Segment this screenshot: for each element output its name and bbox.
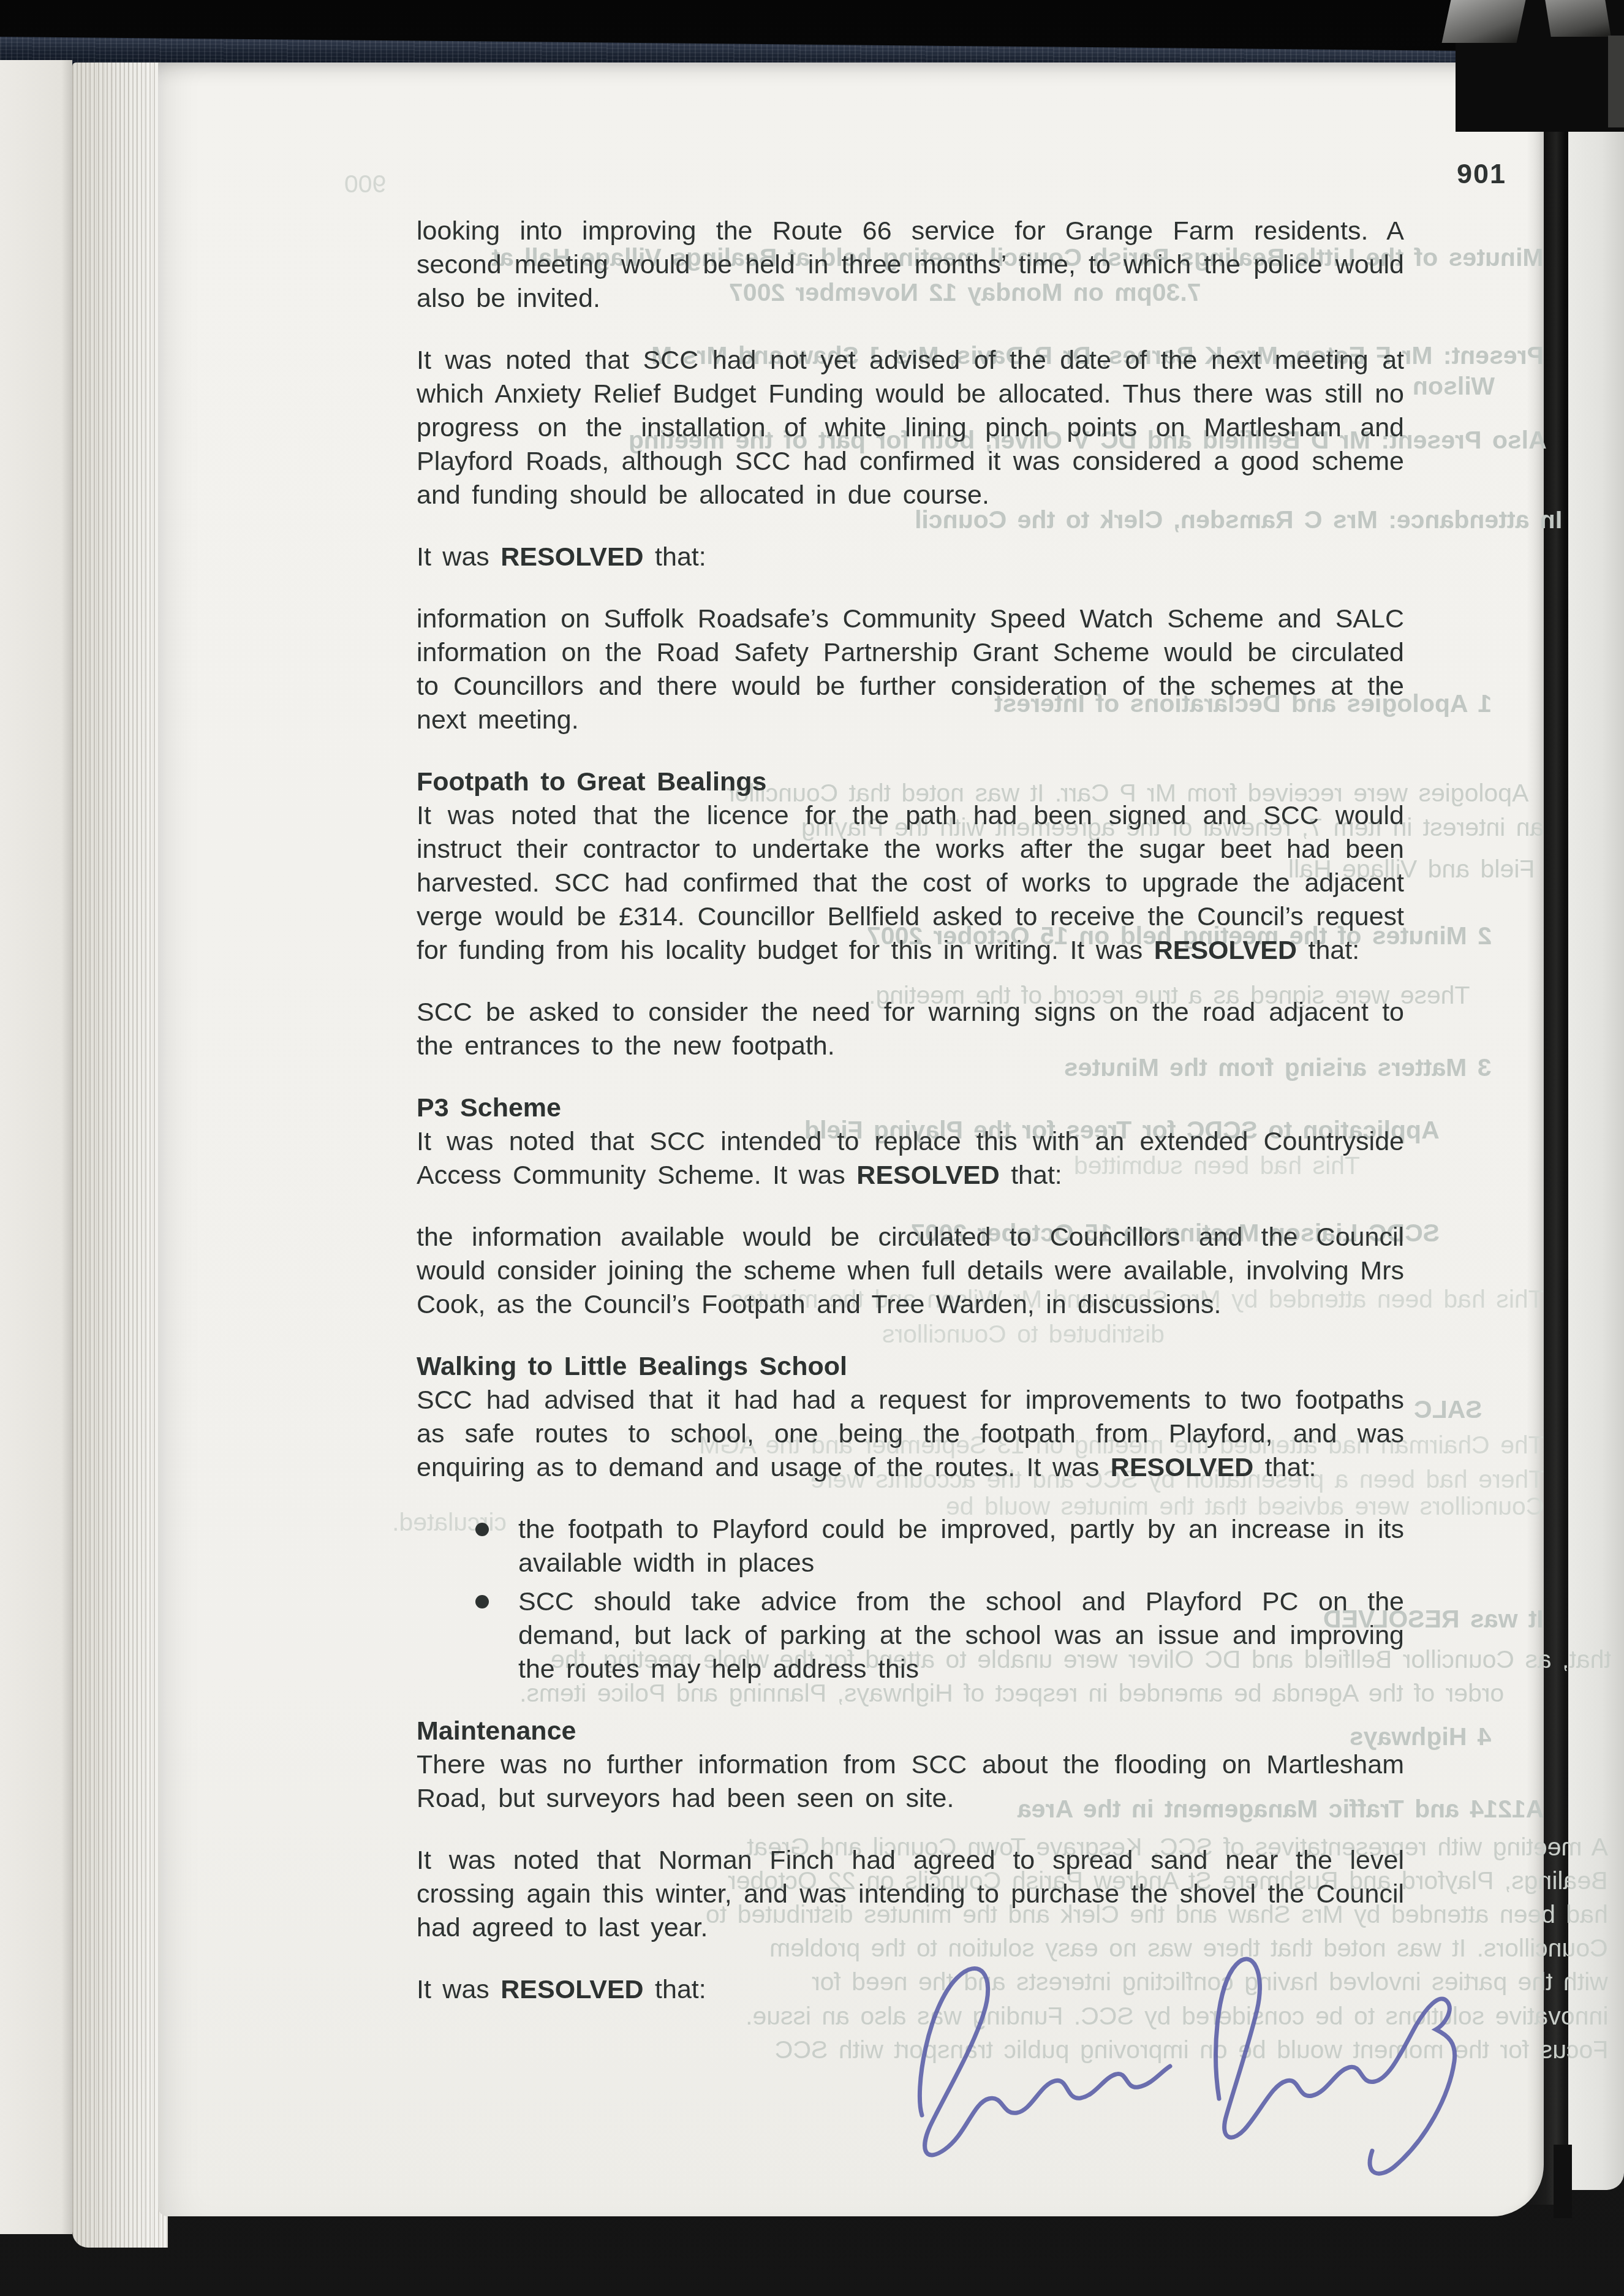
bottom-page-gap-shadow [1554,2145,1572,2218]
section-heading: P3 Scheme [417,1091,1404,1125]
section-heading: Walking to Little Bealings School [417,1350,1404,1384]
paragraph: It was noted that SCC had not yet advise… [417,344,1404,512]
ghost-text: Wilson [1413,373,1495,400]
signature-ink [876,1887,1476,2230]
paragraph: It was noted that SCC intended to replac… [417,1125,1404,1192]
ghost-text: 900 [344,170,386,198]
bullet-item: SCC should take advice from the school a… [470,1585,1404,1686]
paragraph: It was RESOLVED that: [417,540,1404,574]
bullet-list: the footpath to Playford could be improv… [470,1513,1404,1686]
minutes-text-column: looking into improving the Route 66 serv… [417,214,1404,2035]
book-cover-corner [1456,0,1624,132]
page-number: 901 [1457,158,1506,190]
cover-leather-patch [1442,0,1526,43]
section-heading: Footpath to Great Bealings [417,765,1404,799]
paragraph: It was noted that the licence for the pa… [417,799,1404,968]
cover-leather-patch [1545,0,1611,37]
paragraph: There was no further information from SC… [417,1748,1404,1816]
paragraph: SCC be asked to consider the need for wa… [417,996,1404,1063]
left-under-page-edge [0,60,72,2234]
scanned-minute-book-photo: 900Minutes of the Little Bealings Parish… [0,0,1624,2296]
paragraph: information on Suffolk Roadsafe’s Commun… [417,602,1404,737]
bullet-item: the footpath to Playford could be improv… [470,1513,1404,1580]
paragraph: the information available would be circu… [417,1221,1404,1322]
paragraph: SCC had advised that it had had a reques… [417,1384,1404,1485]
section-heading: Maintenance [417,1714,1404,1748]
page-stack-edge [72,63,168,2248]
ghost-text: SALC [1414,1396,1482,1423]
cover-leather-patch [1608,36,1624,127]
paragraph: looking into improving the Route 66 serv… [417,214,1404,316]
